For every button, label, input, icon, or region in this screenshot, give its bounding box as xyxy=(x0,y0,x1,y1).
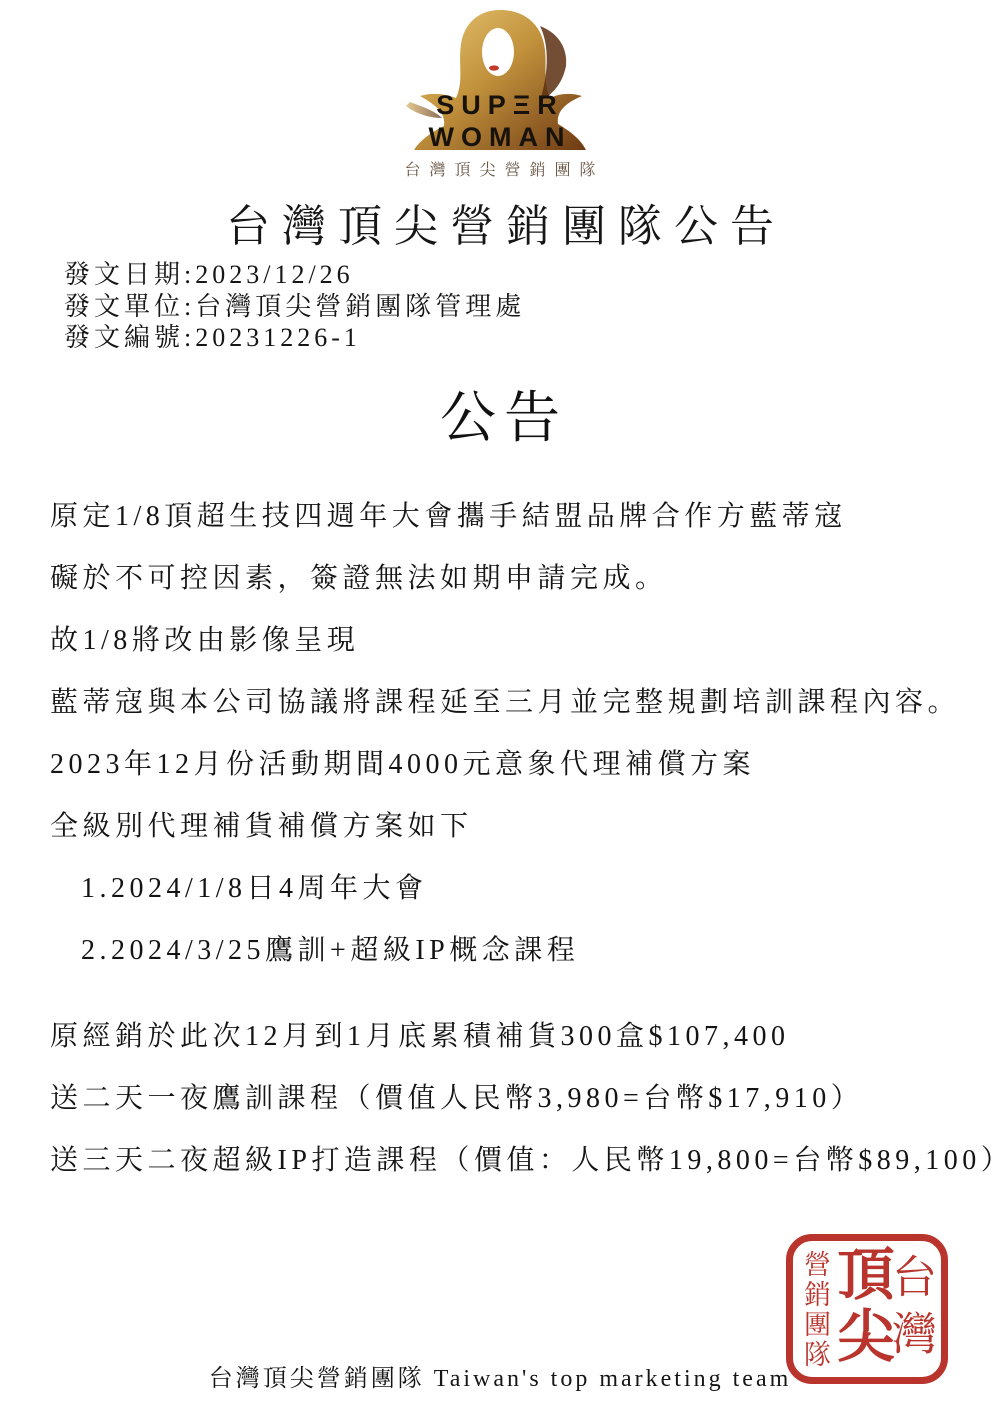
body-paragraph: 原經銷於此次12月到1月底累積補貨300盒$107,400 xyxy=(50,1022,972,1051)
body-paragraph: 礙於不可控因素，簽證無法如期申請完成。 xyxy=(50,564,972,593)
meta-date-line: 發文日期:2023/12/26 xyxy=(64,259,525,291)
body-paragraph: 送二天一夜鷹訓課程（價值人民幣3,980=台幣$17,910） xyxy=(50,1084,972,1113)
body-paragraph: 送三天二夜超級IP打造課程（價值：人民幣19,800=台幣$89,100） xyxy=(50,1146,972,1175)
announcement-page: { "logo": { "super_text": "SUPΞR", "woma… xyxy=(0,0,1000,1415)
seal-text-taiwan: 台灣 xyxy=(886,1253,933,1367)
red-lips-icon xyxy=(489,65,499,70)
seal-text-top: 頂尖 xyxy=(831,1244,890,1368)
superwoman-logo-figure: SUPΞR WOMAN xyxy=(390,6,610,156)
footer-text: 台灣頂尖營銷團隊 Taiwan's top marketing team xyxy=(0,1358,1000,1393)
logo-subtitle: 台灣頂尖營銷團隊 xyxy=(0,157,1000,180)
body-paragraph: 全級別代理補貨補償方案如下 xyxy=(50,812,972,841)
meta-block: 發文日期:2023/12/26 發文單位:台灣頂尖營銷團隊管理處 發文編號:20… xyxy=(64,259,525,354)
meta-number-line: 發文編號:20231226-1 xyxy=(64,322,525,354)
seal-text-marketing-team: 營銷團隊 xyxy=(800,1250,829,1370)
list-item: 1.2024/1/8日4周年大會 xyxy=(50,874,972,903)
list-item: 2.2024/3/25鷹訓+超級IP概念課程 xyxy=(50,936,972,965)
body-paragraph: 故1/8將改由影像呈現 xyxy=(50,626,972,655)
page-title: 台灣頂尖營銷團隊公告 xyxy=(0,190,1000,254)
superwoman-logo: SUPΞR WOMAN 台灣頂尖營銷團隊 xyxy=(0,6,1000,180)
body-paragraph: 2023年12月份活動期間4000元意象代理補償方案 xyxy=(50,750,972,779)
announcement-heading: 公告 xyxy=(0,374,1000,454)
announcement-body: 原定1/8頂超生技四週年大會攜手結盟品牌合作方藍蒂寇 礙於不可控因素，簽證無法如… xyxy=(50,502,972,1208)
body-paragraph: 原定1/8頂超生技四週年大會攜手結盟品牌合作方藍蒂寇 xyxy=(50,502,972,531)
logo-woman-text: WOMAN xyxy=(429,122,572,152)
meta-unit-line: 發文單位:台灣頂尖營銷團隊管理處 xyxy=(64,291,525,323)
logo-super-text: SUPΞR xyxy=(436,90,563,120)
body-paragraph: 藍蒂寇與本公司協議將課程延至三月並完整規劃培訓課程內容。 xyxy=(50,688,972,717)
